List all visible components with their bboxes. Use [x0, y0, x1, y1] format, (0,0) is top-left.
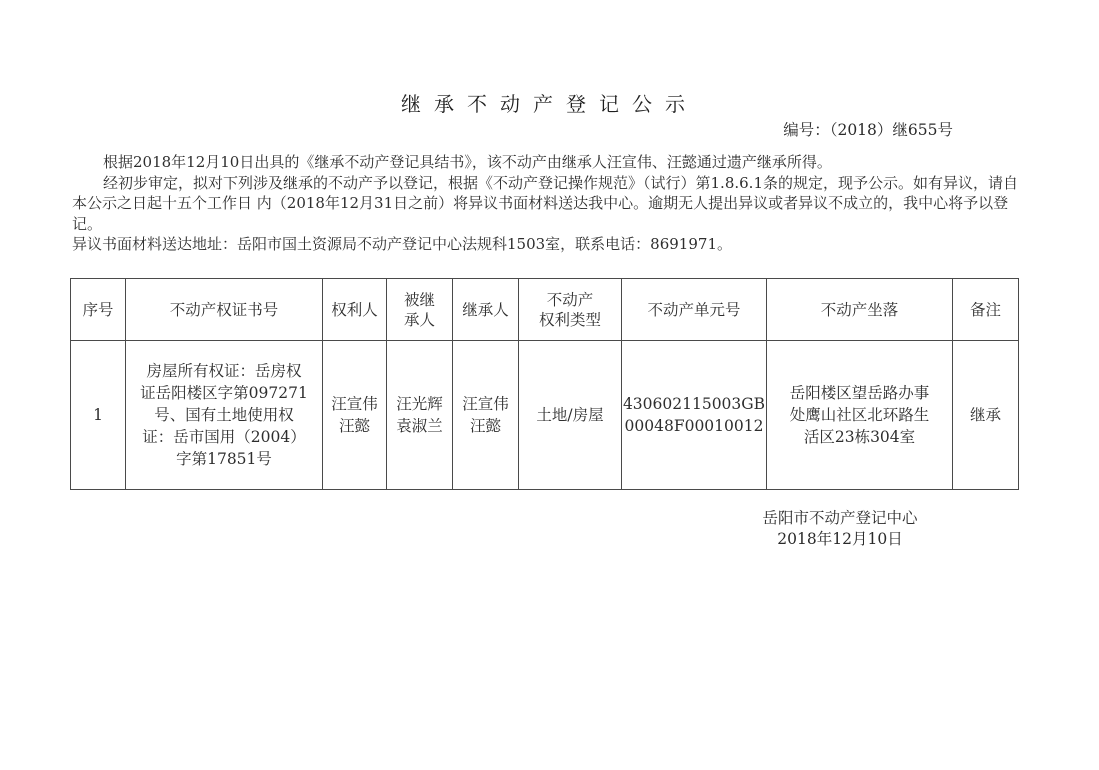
header-right-type: 不动产权利类型 — [519, 279, 622, 341]
cell-right-type: 土地/房屋 — [519, 341, 622, 490]
cell-remark: 继承 — [953, 341, 1019, 490]
paragraph-objection: 经初步审定，拟对下列涉及继承的不动产予以登记，根据《不动产登记操作规范》（试行）… — [72, 173, 1032, 235]
cell-unit-number: 430602115003GB00048F00010012 — [622, 341, 767, 490]
signature-block: 岳阳市不动产登记中心 2018年12月10日 — [740, 508, 940, 550]
cell-location: 岳阳楼区望岳路办事 处鹰山社区北环路生 活区23栋304室 — [767, 341, 953, 490]
header-unit-number: 不动产单元号 — [622, 279, 767, 341]
table-row: 1 房屋所有权证：岳房权 证岳阳楼区字第097271 号、国有土地使用权 证：岳… — [71, 341, 1019, 490]
cell-index: 1 — [71, 341, 126, 490]
paragraph-address: 异议书面材料送达地址：岳阳市国土资源局不动产登记中心法规科1503室，联系电话：… — [72, 234, 1032, 255]
cell-heir: 汪宣伟汪懿 — [453, 341, 519, 490]
header-certificate: 不动产权证书号 — [126, 279, 323, 341]
document-title: 继承不动产登记公示 — [0, 88, 1099, 117]
document-number: 编号：（2018）继655号 — [783, 118, 953, 140]
header-decedent: 被继承人 — [387, 279, 453, 341]
cell-decedent: 汪光辉袁淑兰 — [387, 341, 453, 490]
cell-right-holder: 汪宣伟汪懿 — [323, 341, 387, 490]
issuing-organization: 岳阳市不动产登记中心 — [740, 508, 940, 529]
cell-certificate: 房屋所有权证：岳房权 证岳阳楼区字第097271 号、国有土地使用权 证：岳市国… — [126, 341, 323, 490]
header-heir: 继承人 — [453, 279, 519, 341]
paragraph-basis: 根据2018年12月10日出具的《继承不动产登记具结书》，该不动产由继承人汪宣伟… — [72, 152, 1032, 173]
header-remark: 备注 — [953, 279, 1019, 341]
notice-body: 根据2018年12月10日出具的《继承不动产登记具结书》，该不动产由继承人汪宣伟… — [72, 152, 1032, 255]
header-location: 不动产坐落 — [767, 279, 953, 341]
header-right-holder: 权利人 — [323, 279, 387, 341]
header-index: 序号 — [71, 279, 126, 341]
table-header-row: 序号 不动产权证书号 权利人 被继承人 继承人 不动产权利类型 不动产单元号 不… — [71, 279, 1019, 341]
issue-date: 2018年12月10日 — [740, 529, 940, 550]
property-table: 序号 不动产权证书号 权利人 被继承人 继承人 不动产权利类型 不动产单元号 不… — [70, 278, 1019, 490]
